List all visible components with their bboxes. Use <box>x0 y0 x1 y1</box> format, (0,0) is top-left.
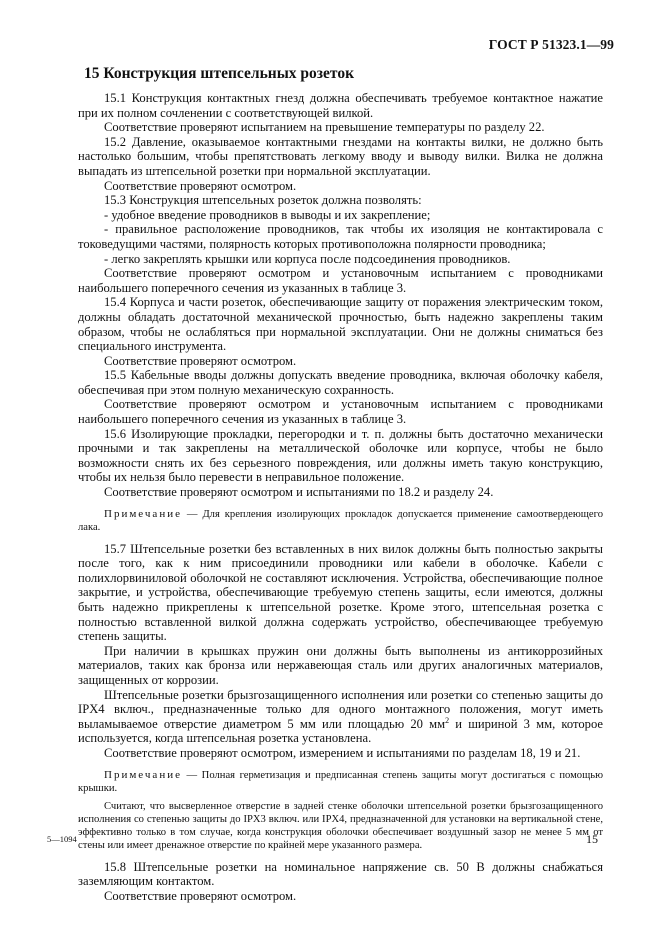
clause-15-4-check: Соответствие проверяют осмотром. <box>78 354 603 369</box>
clause-15-3: 15.3 Конструкция штепсельных розеток дол… <box>78 193 603 208</box>
clause-15-7-splashproof: Штепсельные розетки брызгозащищенного ис… <box>78 688 603 746</box>
clause-15-3-item: - легко закреплять крышки или корпуса по… <box>78 252 603 267</box>
page-content: 15 Конструкция штепсельных розеток 15.1 … <box>78 64 603 903</box>
clause-15-1: 15.1 Конструкция контактных гнезд должна… <box>78 91 603 120</box>
clause-15-2-check: Соответствие проверяют осмотром. <box>78 179 603 194</box>
clause-15-8: 15.8 Штепсельные розетки на номинальное … <box>78 860 603 889</box>
clause-15-8-check: Соответствие проверяют осмотром. <box>78 889 603 904</box>
standard-code-header: ГОСТ Р 51323.1—99 <box>489 37 614 53</box>
clause-15-7-check: Соответствие проверяют осмотром, измерен… <box>78 746 603 761</box>
clause-15-1-check: Соответствие проверяют испытанием на пре… <box>78 120 603 135</box>
clause-15-5: 15.5 Кабельные вводы должны допускать вв… <box>78 368 603 397</box>
clause-15-3-item: - удобное введение проводников в выводы … <box>78 208 603 223</box>
print-mark: 5—1094 <box>47 834 77 844</box>
clause-15-6: 15.6 Изолирующие прокладки, перегородки … <box>78 427 603 485</box>
note-2-continuation: Считают, что высверленное отверстие в за… <box>78 800 603 852</box>
clause-15-7: 15.7 Штепсельные розетки без вставленных… <box>78 542 603 644</box>
clause-15-6-check: Соответствие проверяют осмотром и испыта… <box>78 485 603 500</box>
note-label: Примечание <box>104 769 182 781</box>
clause-15-7-springs: При наличии в крышках пружин они должны … <box>78 644 603 688</box>
clause-15-5-check: Соответствие проверяют осмотром и устано… <box>78 397 603 426</box>
clause-15-4: 15.4 Корпуса и части розеток, обеспечива… <box>78 295 603 353</box>
note-1: Примечание — Для крепления изолирующих п… <box>78 508 603 534</box>
page-number: 15 <box>586 832 598 847</box>
note-label: Примечание <box>104 508 182 520</box>
clause-15-2: 15.2 Давление, оказываемое контактными г… <box>78 135 603 179</box>
clause-15-3-item: - правильное расположение проводников, т… <box>78 222 603 251</box>
clause-15-3-check: Соответствие проверяют осмотром и устано… <box>78 266 603 295</box>
section-title: 15 Конструкция штепсельных розеток <box>84 64 603 84</box>
note-2: Примечание — Полная герметизация и предп… <box>78 769 603 795</box>
